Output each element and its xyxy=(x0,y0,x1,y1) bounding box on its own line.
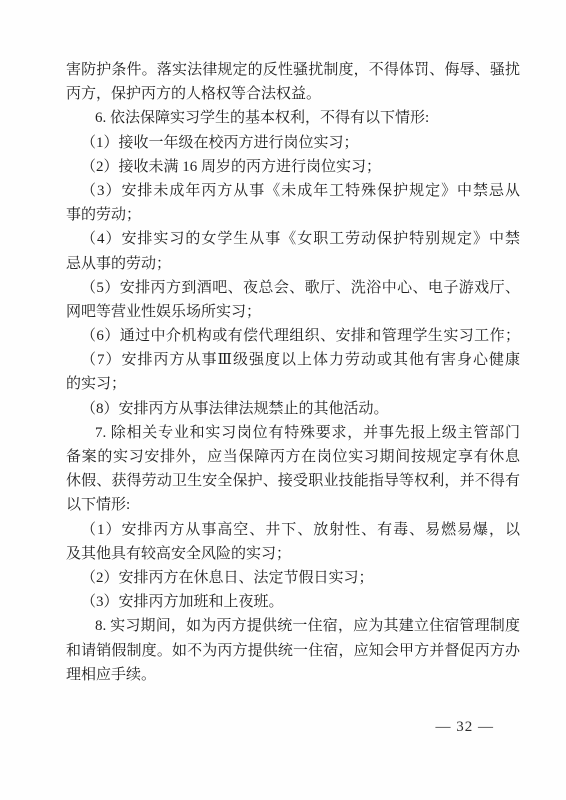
text-line: 的实习； xyxy=(66,372,520,396)
text-line: （5）安排丙方到酒吧、夜总会、歌厅、洗浴中心、电子游戏厅、 xyxy=(66,276,520,300)
text-line: 和请销假制度。如不为丙方提供统一住宿，应知会甲方并督促丙方办 xyxy=(66,639,520,663)
text-line: 8. 实习期间，如为丙方提供统一住宿，应为其建立住宿管理制度 xyxy=(66,614,520,638)
document-page: 害防护条件。落实法律规定的反性骚扰制度，不得体罚、侮辱、骚扰丙方，保护丙方的人格… xyxy=(0,0,566,800)
text-line: 7. 除相关专业和实习岗位有特殊要求，并事先报上级主管部门 xyxy=(66,421,520,445)
text-line: 休假、获得劳动卫生安全保护、接受职业技能指导等权利，并不得有 xyxy=(66,469,520,493)
text-line: （3）安排未成年丙方从事《未成年工特殊保护规定》中禁忌从 xyxy=(66,179,520,203)
text-line: 备案的实习安排外，应当保障丙方在岗位实习期间按规定享有休息 xyxy=(66,445,520,469)
text-line: 害防护条件。落实法律规定的反性骚扰制度，不得体罚、侮辱、骚扰 xyxy=(66,58,520,82)
contract-text-block: 害防护条件。落实法律规定的反性骚扰制度，不得体罚、侮辱、骚扰丙方，保护丙方的人格… xyxy=(66,58,520,687)
page-number: — 32 — xyxy=(436,717,495,737)
text-line: 理相应手续。 xyxy=(66,663,520,687)
text-line: 事的劳动； xyxy=(66,203,520,227)
text-line: 忌从事的劳动； xyxy=(66,252,520,276)
text-line: 以下情形: xyxy=(66,493,520,517)
text-line: （2）安排丙方在休息日、法定节假日实习； xyxy=(66,566,520,590)
text-line: （6）通过中介机构或有偿代理组织、安排和管理学生实习工作； xyxy=(66,324,520,348)
text-line: 网吧等营业性娱乐场所实习； xyxy=(66,300,520,324)
text-line: （7）安排丙方从事Ⅲ级强度以上体力劳动或其他有害身心健康 xyxy=(66,348,520,372)
text-line: 丙方，保护丙方的人格权等合法权益。 xyxy=(66,82,520,106)
text-line: （2）接收未满 16 周岁的丙方进行岗位实习； xyxy=(66,155,520,179)
text-line: 及其他具有较高安全风险的实习； xyxy=(66,542,520,566)
text-line: （4）安排实习的女学生从事《女职工劳动保护特别规定》中禁 xyxy=(66,227,520,251)
text-line: （1）接收一年级在校丙方进行岗位实习； xyxy=(66,131,520,155)
text-line: （3）安排丙方加班和上夜班。 xyxy=(66,590,520,614)
text-line: （1）安排丙方从事高空、井下、放射性、有毒、易燃易爆，以 xyxy=(66,518,520,542)
text-line: 6. 依法保障实习学生的基本权利，不得有以下情形: xyxy=(66,106,520,130)
text-line: （8）安排丙方从事法律法规禁止的其他活动。 xyxy=(66,397,520,421)
